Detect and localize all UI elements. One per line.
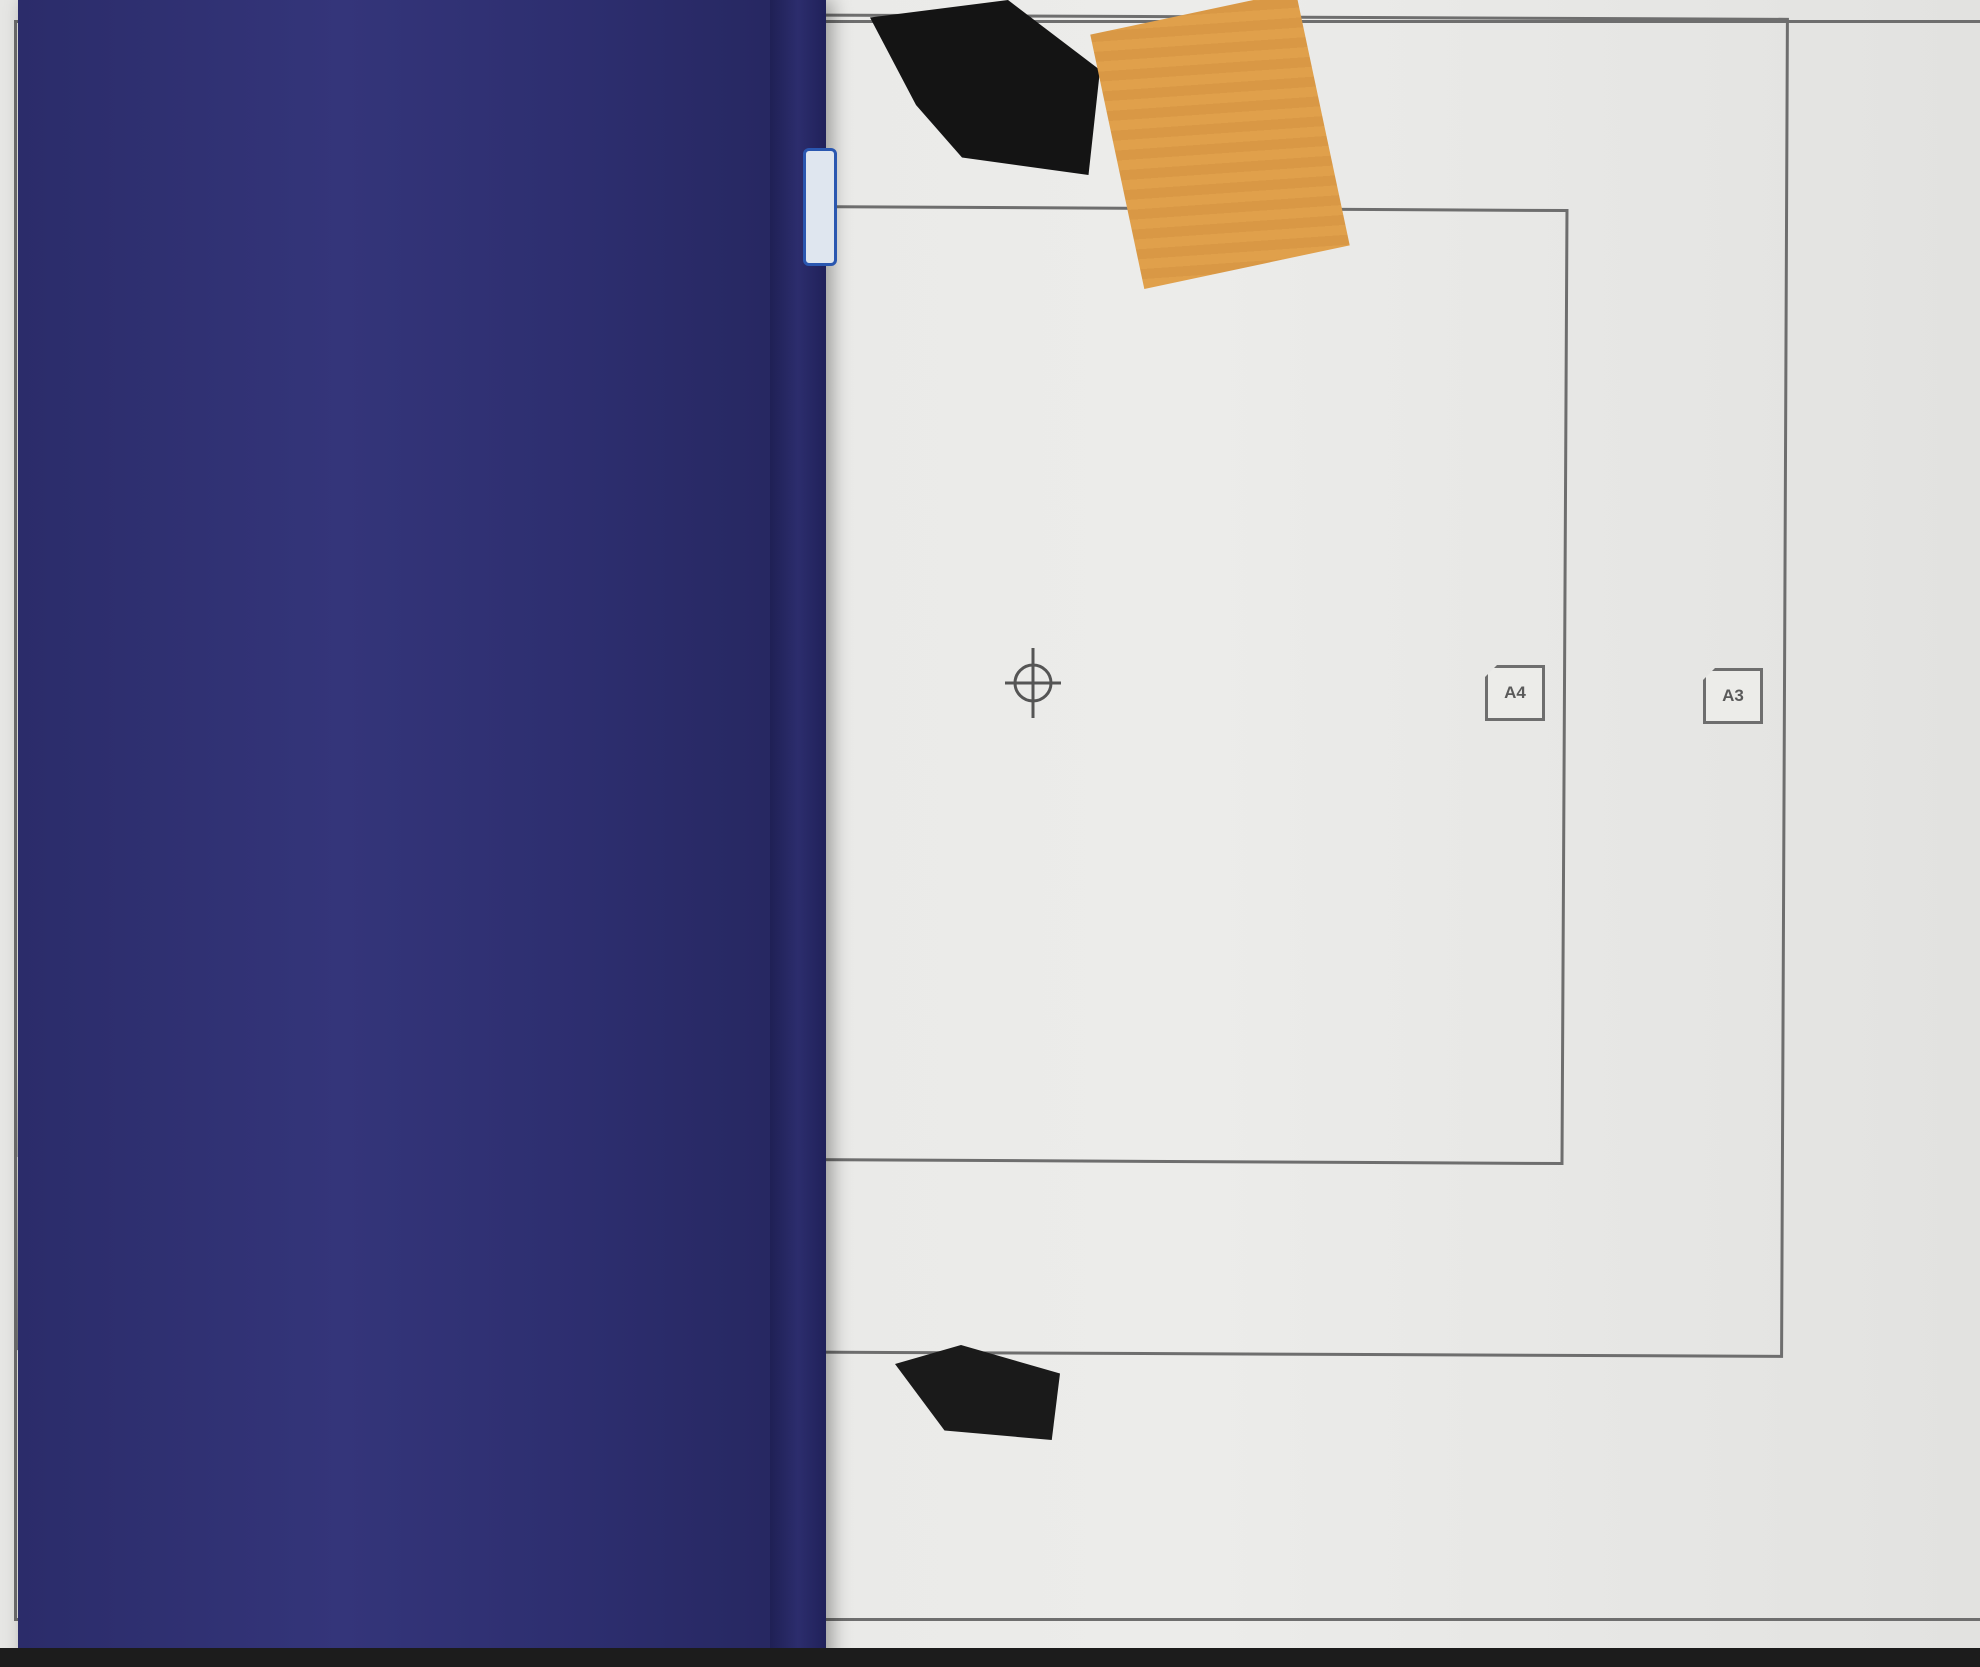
crosshair-target-icon xyxy=(1005,648,1061,718)
a3-label: A3 xyxy=(1722,686,1744,706)
bottom-edge xyxy=(0,1648,1980,1667)
book-cover xyxy=(18,0,826,1667)
paper-size-icon-a4: A4 xyxy=(1485,665,1545,721)
spine-label xyxy=(803,148,837,266)
scanning-board: A4 A3 xyxy=(0,0,1980,1667)
a4-label: A4 xyxy=(1504,683,1526,703)
paper-size-icon-a3: A3 xyxy=(1703,668,1763,724)
